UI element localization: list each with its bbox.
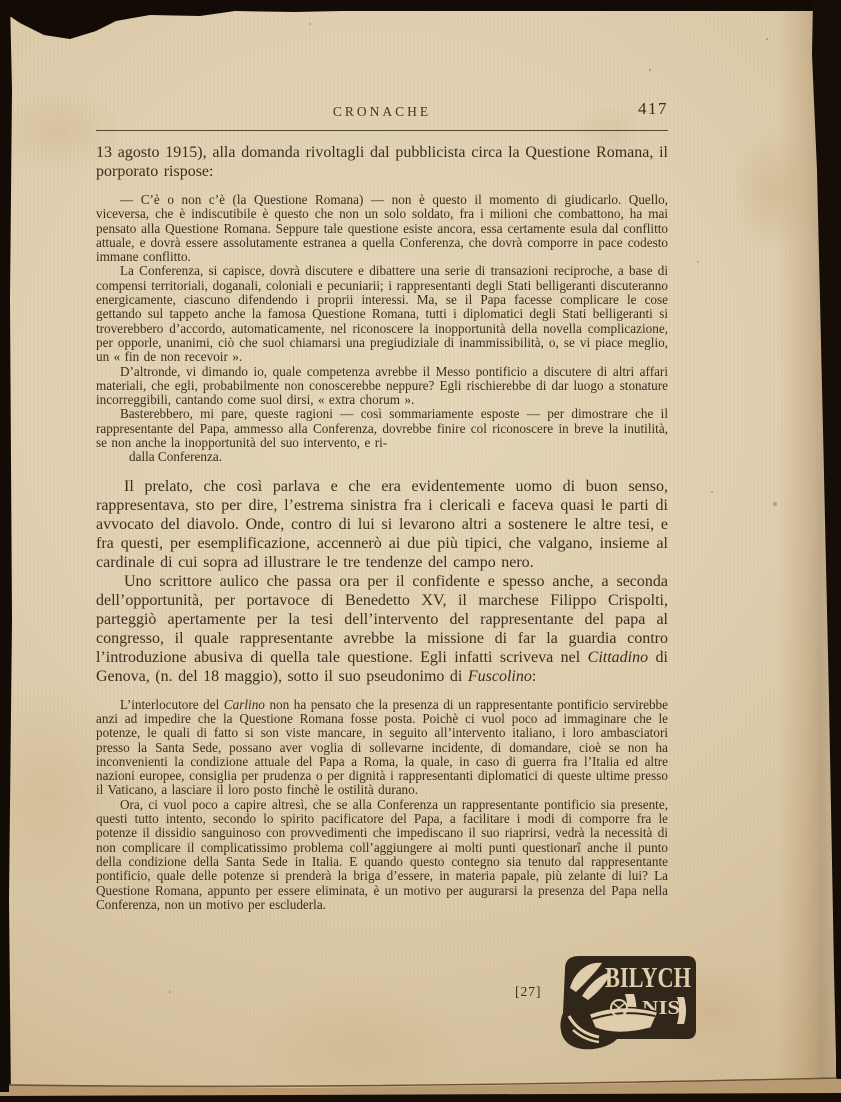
text-run: Ora, ci vuol poco a capire altresì, che … [96, 797, 668, 912]
italic-text-run: Fuscolino [468, 668, 532, 685]
bottom-photo-edge [0, 1093, 841, 1102]
book-page: CRONACHE 417 13 agosto 1915), alla doman… [9, 11, 836, 1091]
text-run: dalla Conferenza. [129, 449, 222, 464]
text-run: non ha pensato che la presenza di un rap… [96, 697, 668, 798]
italic-text-run: Cittadino [588, 649, 648, 666]
emblem-letters: BILYCH [605, 962, 691, 994]
text-run: D’altronde, vi dimando io, quale compete… [96, 364, 668, 408]
text-run: Uno scrittore aulico che passa ora per i… [96, 573, 668, 666]
text-run: — C’è o non c’è (la Questione Romana) — … [96, 192, 668, 264]
page-content: CRONACHE 417 13 agosto 1915), alla doman… [96, 103, 668, 912]
text-run: : [532, 668, 536, 685]
quote-paragraph: — C’è o non c’è (la Questione Romana) — … [96, 193, 668, 264]
text-run: L’interlocutore del [120, 697, 224, 712]
running-head: CRONACHE 417 [96, 103, 668, 125]
paragraph: Uno scrittore aulico che passa ora per i… [96, 572, 668, 686]
text-run: Il prelato, che così parlava e che era e… [96, 478, 668, 571]
paper-specks [9, 11, 11, 13]
quote-paragraph: Ora, ci vuol poco a capire altresì, che … [96, 798, 668, 912]
signature-mark: [27] [515, 984, 542, 1000]
quote-paragraph: Basterebbero, mi pare, queste ragioni — … [96, 407, 668, 450]
text-run: La Conferenza, si capisce, dovrà discute… [96, 263, 668, 364]
book-scan-photo: CRONACHE 417 13 agosto 1915), alla doman… [0, 0, 841, 1102]
page-number: 417 [638, 99, 668, 119]
quote-paragraph: La Conferenza, si capisce, dovrà discute… [96, 264, 668, 364]
italic-text-run: Carlino [224, 697, 265, 712]
text-run: Basterebbero, mi pare, queste ragioni — … [96, 406, 668, 450]
paragraph: Il prelato, che così parlava e che era e… [96, 477, 668, 572]
quote-paragraph: D’altronde, vi dimando io, quale compete… [96, 365, 668, 408]
running-head-title: CRONACHE [333, 104, 431, 119]
page-body: 13 agosto 1915), alla domanda rivoltagli… [96, 143, 668, 912]
printer-emblem: BILYCHNIS BILYCH NIS [555, 952, 703, 1052]
quote-paragraph: dalla Conferenza. [96, 450, 668, 464]
paragraph: 13 agosto 1915), alla domanda rivoltagli… [96, 143, 668, 181]
quote-paragraph: L’interlocutore del Carlino non ha pensa… [96, 698, 668, 798]
header-rule [96, 130, 668, 131]
text-run: 13 agosto 1915), alla domanda rivoltagli… [96, 144, 668, 180]
